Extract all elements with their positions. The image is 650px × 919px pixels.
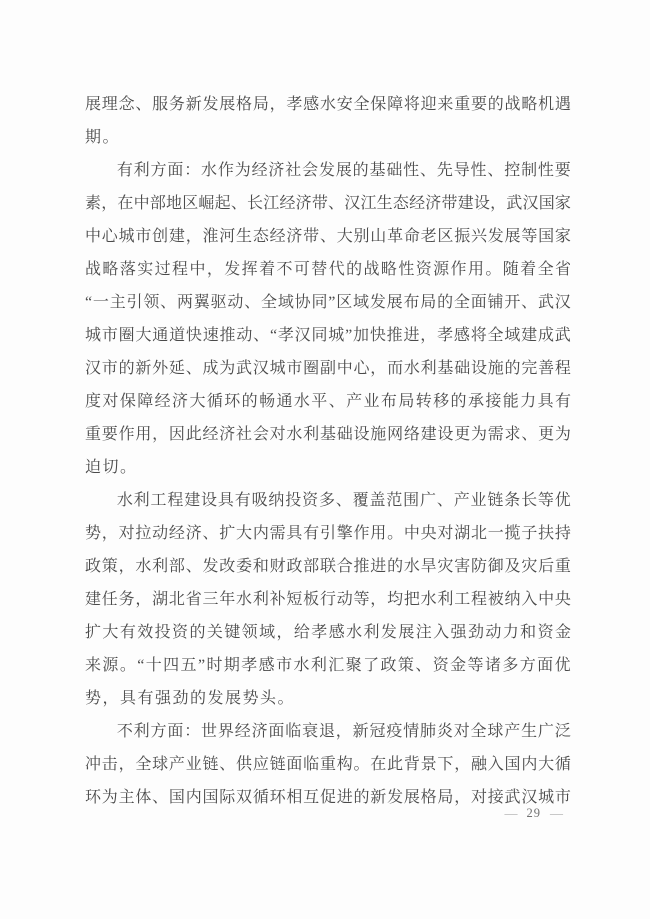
document-text: 展理念、服务新发展格局，孝感水安全保障将迎来重要的战略机遇期。有利方面：水作为经… — [85, 88, 571, 814]
text-line: 城市圈大通道快速推动、“孝汉同城”加快推进，孝感将全域建成武 — [85, 319, 571, 352]
text-line: 建任务，湖北省三年水利补短板行动等，均把水利工程被纳入中央 — [85, 583, 571, 616]
text-line: 来源。“十四五”时期孝感市水利汇聚了政策、资金等诸多方面优 — [85, 649, 571, 682]
text-line: 扩大有效投资的关键领域，给孝感水利发展注入强劲动力和资金 — [85, 616, 571, 649]
text-line: “一主引领、两翼驱动、全域协同”区域发展布局的全面铺开、武汉 — [85, 286, 571, 319]
indent-spacer — [85, 484, 116, 517]
footer-dash-right: — — [550, 808, 563, 820]
page-number: 29 — [527, 806, 542, 821]
text-line: 汉市的新外延、成为武汉城市圈副中心，而水利基础设施的完善程 — [85, 352, 571, 385]
text-line: 展理念、服务新发展格局，孝感水安全保障将迎来重要的战略机遇 — [85, 88, 571, 121]
text-line: 水利工程建设具有吸纳投资多、覆盖范围广、产业链条长等优 — [85, 484, 571, 517]
footer-dash-left: — — [505, 808, 518, 820]
text-line: 有利方面：水作为经济社会发展的基础性、先导性、控制性要 — [85, 154, 571, 187]
text-line: 素，在中部地区崛起、长江经济带、汉江生态经济带建设，武汉国家 — [85, 187, 571, 220]
indent-spacer — [85, 715, 116, 748]
text-line: 度对保障经济大循环的畅通水平、产业布局转移的承接能力具有 — [85, 385, 571, 418]
text-line: 冲击，全球产业链、供应链面临重构。在此背景下，融入国内大循 — [85, 748, 571, 781]
text-line: 重要作用，因此经济社会对水利基础设施网络建设更为需求、更为 — [85, 418, 571, 451]
text-line: 势，对拉动经济、扩大内需具有引擎作用。中央对湖北一揽子扶持 — [85, 517, 571, 550]
text-line: 环为主体、国内国际双循环相互促进的新发展格局，对接武汉城市 — [85, 781, 571, 814]
text-line: 期。 — [85, 121, 571, 154]
indent-spacer — [85, 154, 116, 187]
text-line: 战略落实过程中，发挥着不可替代的战略性资源作用。随着全省 — [85, 253, 571, 286]
text-line: 政策，水利部、发改委和财政部联合推进的水旱灾害防御及灾后重 — [85, 550, 571, 583]
document-page: 展理念、服务新发展格局，孝感水安全保障将迎来重要的战略机遇期。有利方面：水作为经… — [0, 0, 650, 919]
text-line: 势，具有强劲的发展势头。 — [85, 682, 571, 715]
page-footer: — 29 — — [505, 806, 564, 821]
text-line: 中心城市创建，淮河生态经济带、大别山革命老区振兴发展等国家 — [85, 220, 571, 253]
text-line: 不利方面：世界经济面临衰退，新冠疫情肺炎对全球产生广泛 — [85, 715, 571, 748]
text-line: 迫切。 — [85, 451, 571, 484]
